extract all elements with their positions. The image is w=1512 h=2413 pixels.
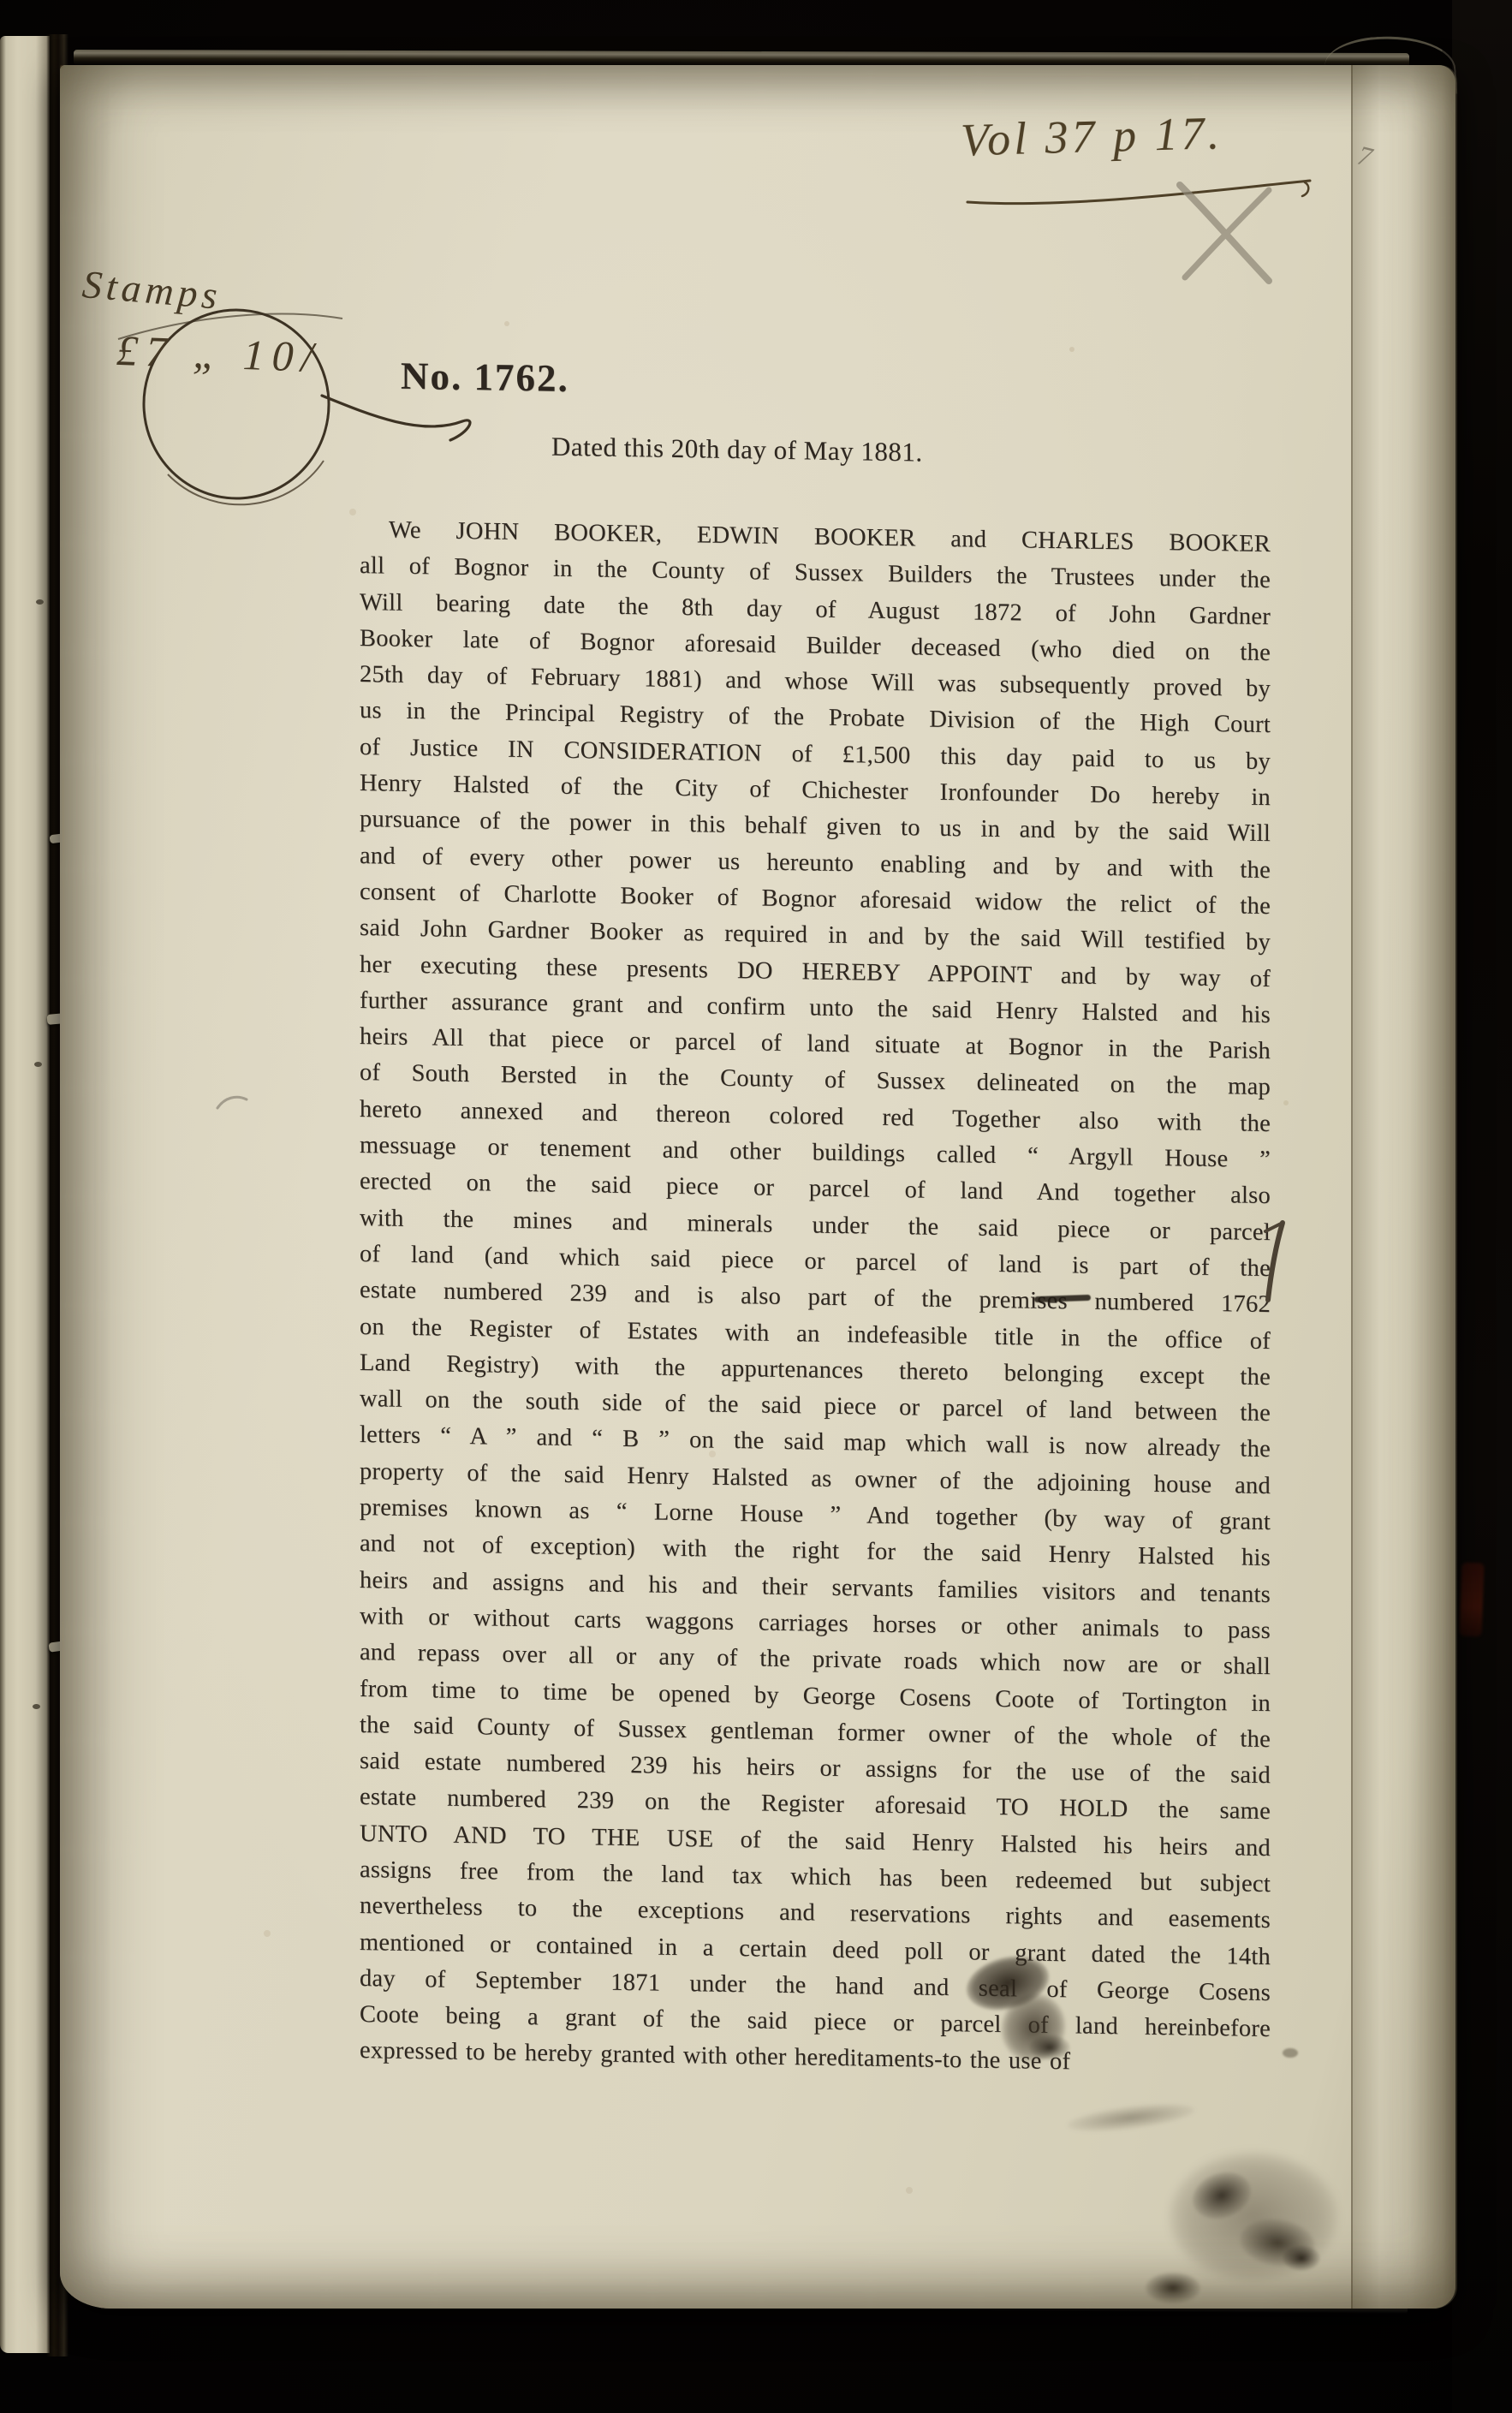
document-date-line: Dated this 20th day of May 1881. <box>551 432 923 468</box>
ink-blot <box>1029 2035 1070 2060</box>
facing-page-edge <box>0 36 50 2353</box>
stitch-holes <box>36 599 44 605</box>
pencil-x-mark <box>1164 178 1293 289</box>
ink-blot <box>1146 2273 1200 2303</box>
margin-check-mark <box>216 1091 250 1113</box>
ink-speck <box>1283 2048 1298 2058</box>
bound-volume-photo: Vol 37 p 17. 7 Stamps £7 „ 10/ No. 1762.… <box>0 0 1512 2413</box>
fore-edge-crease <box>1351 65 1457 2309</box>
deed-body: We JOHN BOOKER, EDWIN BOOKER and CHARLES… <box>360 512 1271 2084</box>
book-cover-edge <box>1452 0 1512 2413</box>
volume-annotation: Vol 37 p 17. <box>960 102 1364 166</box>
document-number: No. 1762. <box>401 354 569 401</box>
stamp-text-line2: £7 „ 10/ <box>116 325 322 382</box>
foxing-specks <box>60 65 63 69</box>
margin-mark-one <box>1257 1214 1295 1313</box>
document-page: Vol 37 p 17. 7 Stamps £7 „ 10/ No. 1762.… <box>60 65 1455 2309</box>
ink-smear <box>1066 2099 1196 2136</box>
printed-content: No. 1762. Dated this 20th day of May 188… <box>360 353 1336 368</box>
cover-red-mark <box>1460 1563 1485 1637</box>
ink-smudge <box>1283 2245 1320 2271</box>
